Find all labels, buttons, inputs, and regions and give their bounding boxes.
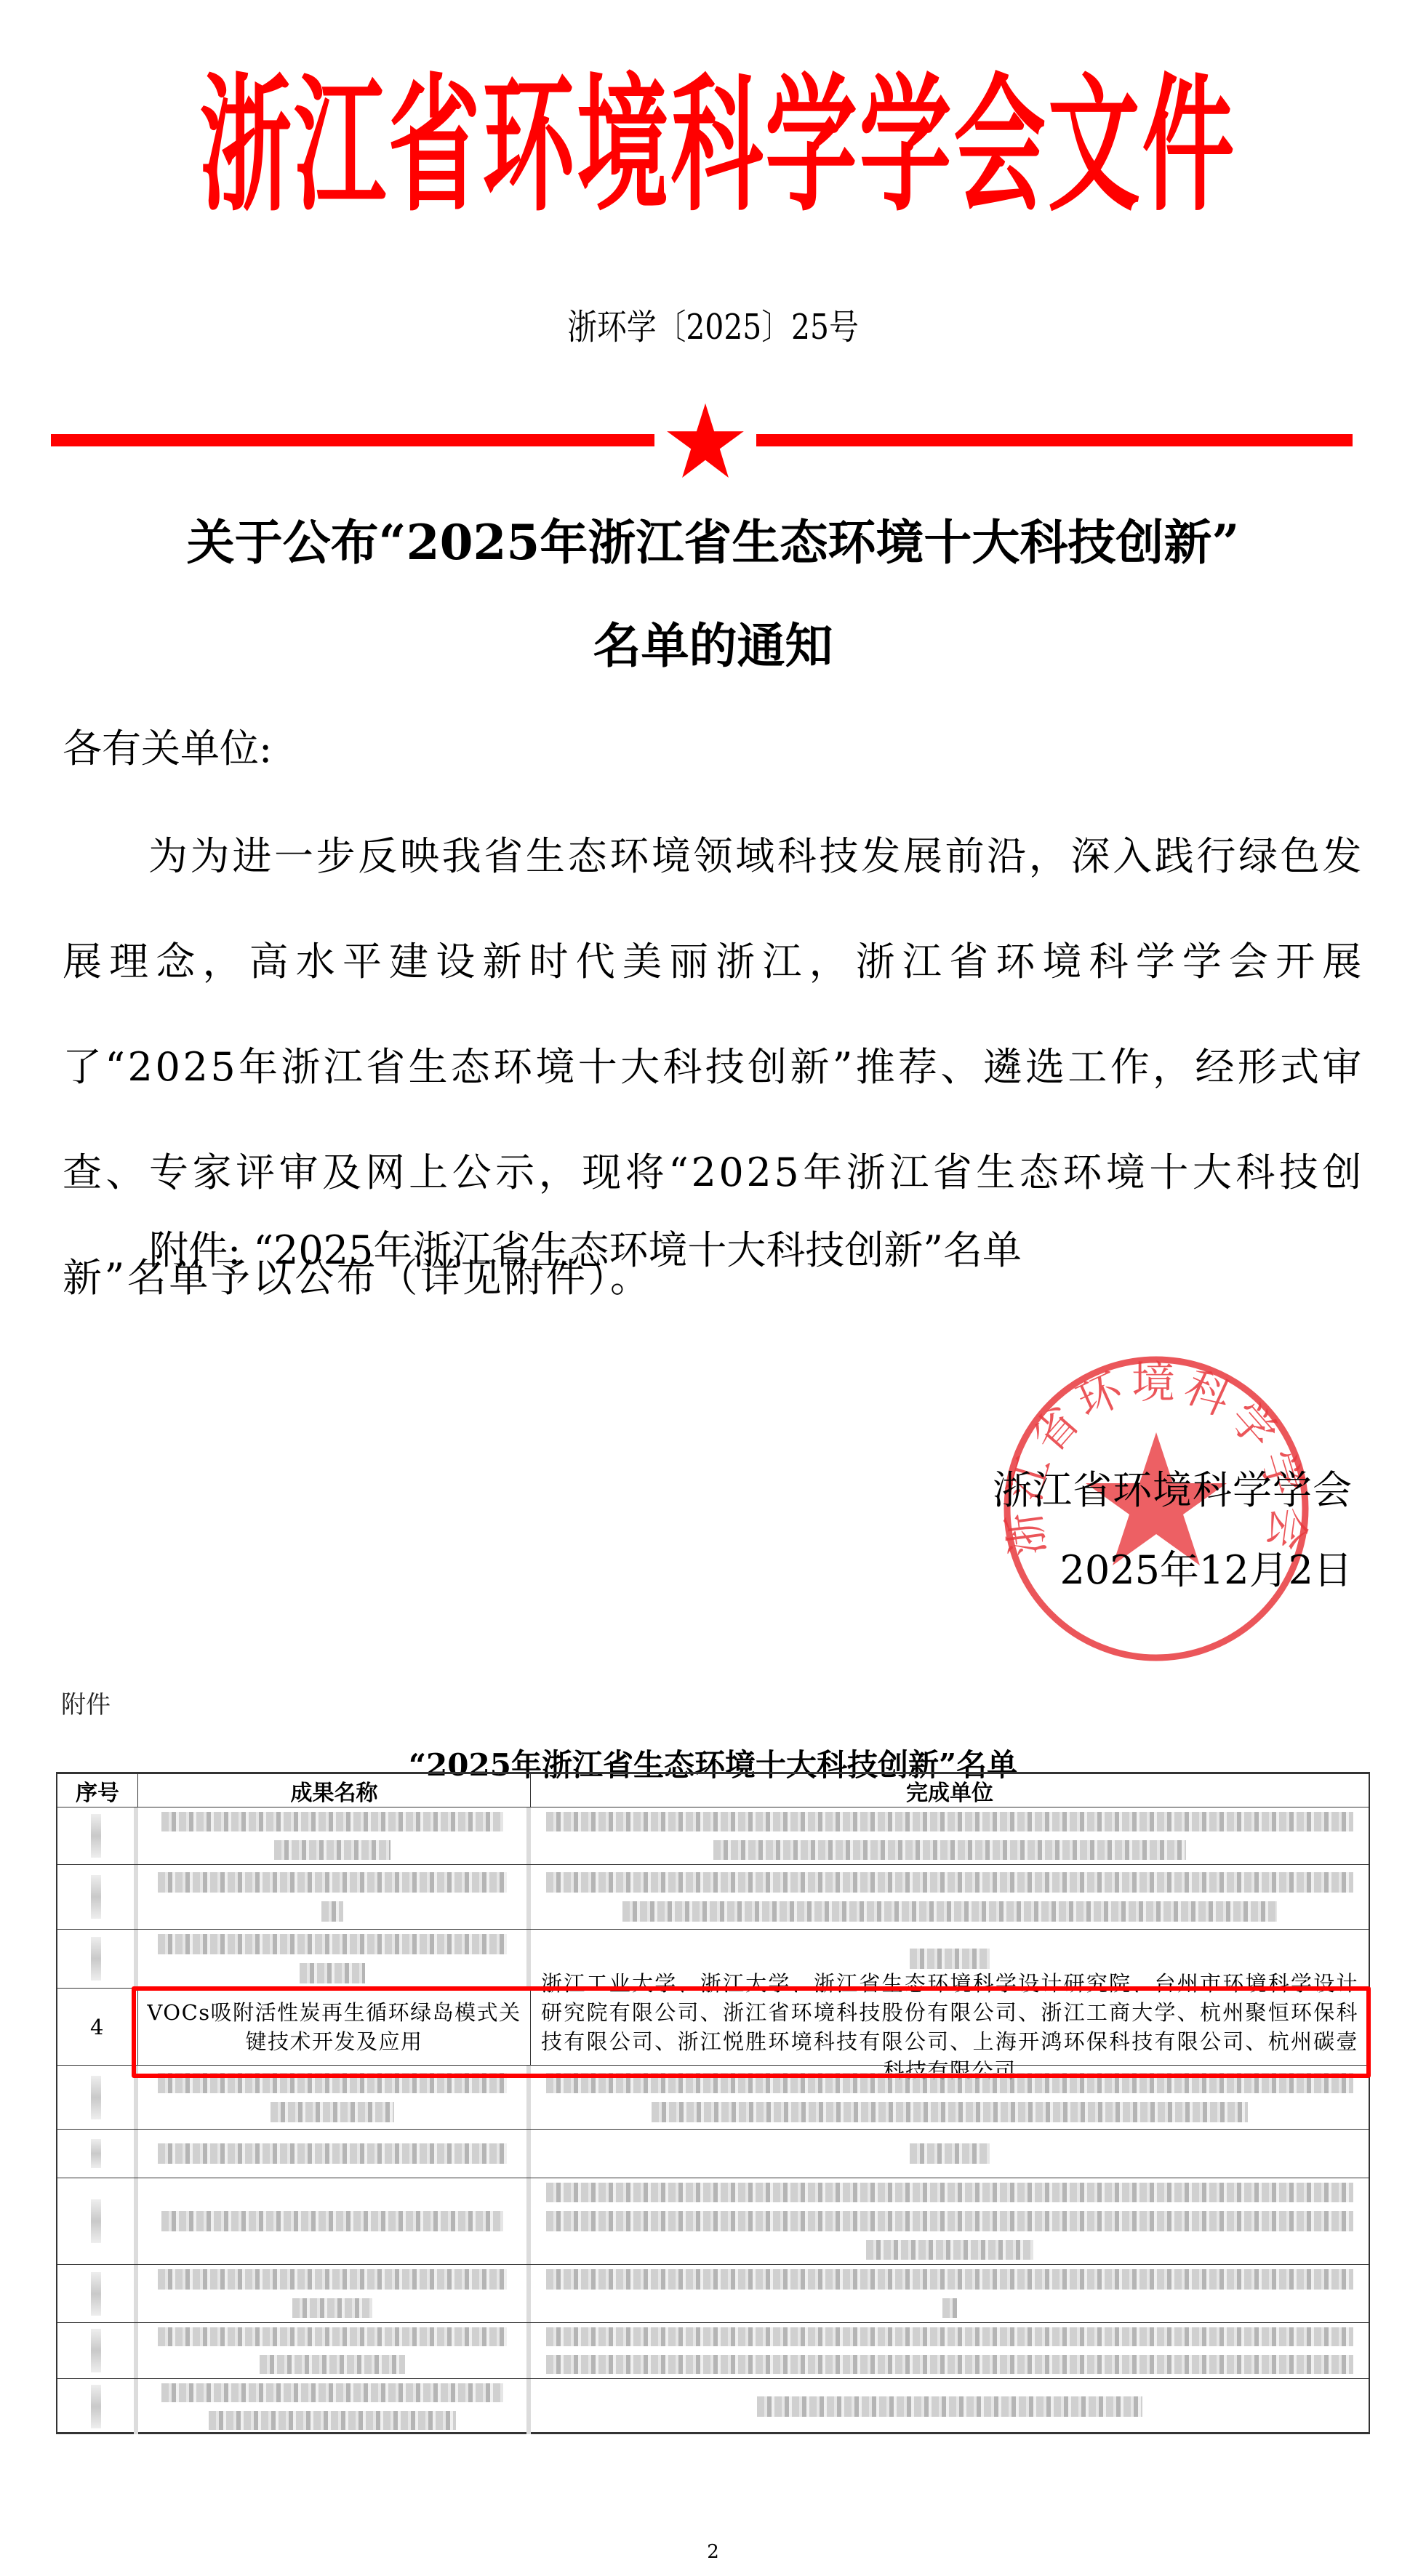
row-index-blurred (57, 1930, 138, 1988)
column-header-index: 序号 (57, 1774, 138, 1807)
row-name-blurred (138, 2066, 531, 2129)
table-row (57, 2323, 1369, 2379)
table-row-highlighted: 4 VOCs吸附活性炭再生循环绿岛模式关键技术开发及应用 浙江工业大学、浙江大学… (57, 1989, 1369, 2066)
row-name-blurred (138, 1930, 531, 1988)
row-org-blurred (531, 2066, 1369, 2129)
salutation: 各有关单位: (63, 720, 272, 778)
notice-title-line1: 关于公布“2025年浙江省生态环境十大科技创新” (0, 507, 1426, 577)
attachment-line: 附件: “2025年浙江省生态环境十大科技创新”名单 (149, 1221, 1022, 1280)
row-org-blurred (531, 2130, 1369, 2178)
column-header-organizations: 完成单位 (531, 1774, 1369, 1807)
row-name-blurred (138, 1865, 531, 1929)
row-name-blurred (138, 2323, 531, 2378)
table-row (57, 2066, 1369, 2130)
column-header-name: 成果名称 (138, 1774, 531, 1807)
annex-label: 附件 (61, 1687, 111, 1723)
row-org-blurred (531, 2379, 1369, 2434)
red-divider-left (51, 434, 654, 446)
row-index-blurred (57, 2379, 138, 2434)
row-index-blurred (57, 1865, 138, 1929)
signing-organization: 浙江省环境科学学会 (945, 1461, 1353, 1520)
table-header-row: 序号 成果名称 完成单位 (57, 1774, 1369, 1807)
page-number: 2 (0, 2537, 1426, 2567)
row-index-blurred (57, 2130, 138, 2178)
table-row (57, 1865, 1369, 1930)
table-row (57, 2178, 1369, 2265)
table-row (57, 2130, 1369, 2178)
row-org-blurred (531, 2178, 1369, 2264)
red-divider-right (756, 434, 1353, 446)
row-index-blurred (57, 2265, 138, 2322)
document-number: 浙环学〔2025〕25号 (107, 302, 1319, 353)
signing-date: 2025年12月2日 (945, 1541, 1353, 1600)
row-index-blurred (57, 2178, 138, 2264)
notice-title-line2: 名单的通知 (0, 611, 1426, 681)
row-index-blurred (57, 1807, 138, 1864)
innovation-list-table: 序号 成果名称 完成单位 4 VOCs吸附活性炭再生循环绿岛模式关键技术开发及应… (56, 1772, 1370, 2434)
table-row (57, 2265, 1369, 2323)
red-star-icon (665, 400, 745, 483)
row-organizations: 浙江工业大学、浙江大学、浙江省生态环境科学设计研究院、台州市环境科学设计研究院有… (531, 1989, 1369, 2065)
row-name-blurred (138, 2265, 531, 2322)
row-name-blurred (138, 2379, 531, 2434)
masthead-title: 浙江省环境科学学会文件 (200, 49, 1227, 242)
row-org-blurred (531, 2265, 1369, 2322)
row-name-blurred (138, 1807, 531, 1864)
row-index-blurred (57, 2066, 138, 2129)
row-achievement-name: VOCs吸附活性炭再生循环绿岛模式关键技术开发及应用 (138, 1989, 531, 2065)
row-index-blurred (57, 2323, 138, 2378)
table-row (57, 1807, 1369, 1865)
row-org-blurred (531, 1865, 1369, 1929)
row-index: 4 (57, 1989, 138, 2065)
row-name-blurred (138, 2178, 531, 2264)
row-org-blurred (531, 2323, 1369, 2378)
row-name-blurred (138, 2130, 531, 2178)
row-org-blurred (531, 1807, 1369, 1864)
table-row (57, 2379, 1369, 2434)
